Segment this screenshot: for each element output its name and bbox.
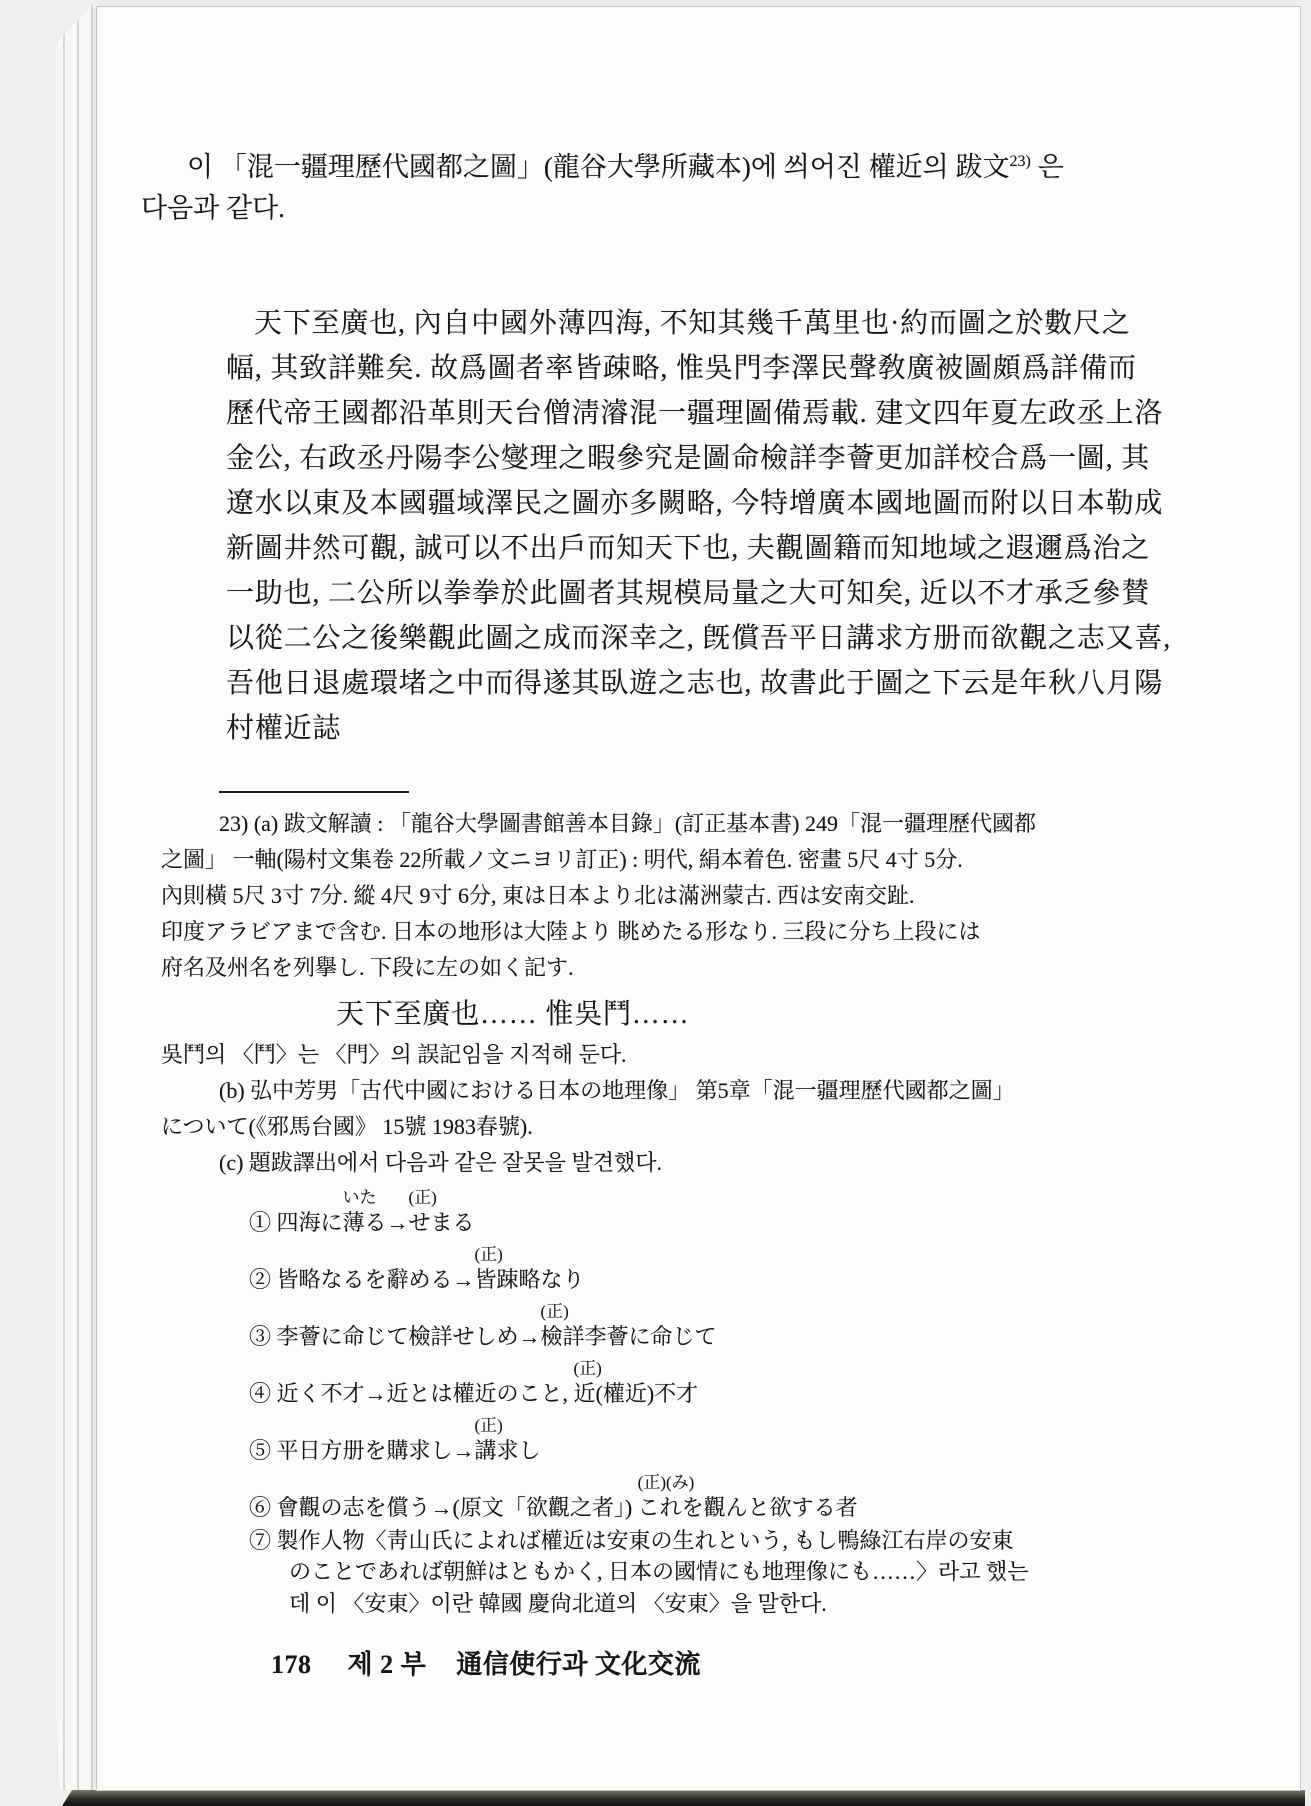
footnote-line: 府名及州名を列擧し. 下段に左の如く記す.: [161, 950, 1106, 986]
correction-item: ⑥ 會觀の志を償う→(原文「欲觀之者」) (正)(み)⑥ 會觀の志を償う→(原文…: [249, 1469, 1106, 1523]
quote-line: 吾他日退處環堵之中而得遂其臥遊之志也, 故書此于圖之下云是年秋八月陽: [226, 661, 1106, 706]
correction-annotation-row: ⑥ 會觀の志を償う→(原文「欲觀之者」) (正)(み): [249, 1469, 1106, 1493]
correction-text: ⑥ 會觀の志を償う→(原文「欲觀之者」) これを觀んと欲する者: [249, 1493, 1106, 1523]
footnote-divider: [219, 791, 409, 793]
book-bottom-edge: [62, 1790, 1305, 1806]
footnote-line: 之圖」 一軸(陽村文集卷 22所載ノ文ニヨリ訂正) : 明代, 絹本着色. 密畫…: [161, 842, 1106, 878]
correction-continuation-line: のことであれば朝鮮はともかく, 日本の國情にも地理像にも……〉라고 했는: [249, 1556, 1106, 1588]
quote-line: 天下至廣也, 內自中國外薄四海, 不知其幾千萬里也·約而圖之於數尺之: [226, 301, 1106, 346]
content-column: 이 「混一疆理歷代國都之圖」(龍谷大學所藏本)에 씌어진 權近의 跋文23) 은…: [141, 7, 1106, 1681]
intro-line-1-tail: 은: [1031, 152, 1064, 182]
footnote-line: (b) 弘中芳男「古代中國における日本の地理像」 第5章「混一疆理歷代國都之圖」: [161, 1073, 1106, 1109]
correction-item: ① 四海にいた① 四海に薄る→(正)① 四海に薄る→せまる: [249, 1184, 1106, 1238]
kanbun-quote-block: 天下至廣也, 內自中國外薄四海, 不知其幾千萬里也·約而圖之於數尺之幅, 其致詳…: [226, 301, 1106, 751]
footnote-line: 天下至廣也…… 惟吳鬥……: [246, 992, 1106, 1037]
correction-text: ⑦ 製作人物〈靑山氏によれば權近は安東の生れという, もし鴨綠江右岸の安東: [249, 1526, 1106, 1556]
correction-annotation-row: ④ 近く不才→近とは權近のこと, (正): [249, 1355, 1106, 1379]
annotation-label: (正): [475, 1245, 503, 1264]
quote-line: 遼水以東及本國疆域澤民之圖亦多闕略, 今特增廣本國地圖而附以日本勒成: [226, 481, 1106, 526]
correction-text: ④ 近く不才→近とは權近のこと, 近(權近)不才: [249, 1379, 1106, 1409]
annotation-label: (正): [574, 1359, 602, 1378]
intro-line-2: 다음과 같다.: [141, 188, 1106, 229]
quote-line: 一助也, 二公所以拳拳於此圖者其規模局量之大可知矣, 近以不才承乏參賛: [226, 571, 1106, 616]
intro-paragraph: 이 「混一疆理歷代國都之圖」(龍谷大學所藏本)에 씌어진 權近의 跋文23) 은…: [141, 141, 1106, 229]
annotation-label: (正): [409, 1188, 437, 1207]
intro-line-1: 이 「混一疆理歷代國都之圖」(龍谷大學所藏本)에 씌어진 權近의 跋文23) 은: [141, 141, 1106, 188]
correction-annotation-row: ② 皆略なるを辭める→(正): [249, 1241, 1106, 1265]
correction-annotation-row: ① 四海にいた① 四海に薄る→(正): [249, 1184, 1106, 1208]
corrections-list: ① 四海にいた① 四海に薄る→(正)① 四海に薄る→せまる② 皆略なるを辭める→…: [249, 1184, 1106, 1620]
correction-annotation: ② 皆略なるを辭める→(正): [249, 1241, 503, 1267]
annotation-label: (正): [541, 1302, 569, 1321]
correction-item: ⑤ 平日方册を購求し→(正)⑤ 平日方册を購求し→講求し: [249, 1412, 1106, 1466]
quote-line: 歷代帝王國都沿革則天台僧淸濬混一疆理圖備焉載. 建文四年夏左政丞上洛: [226, 391, 1106, 436]
quote-line: 新圖井然可觀, 誠可以不出戶而知天下也, 夫觀圖籍而知地域之遐邇爲治之: [226, 526, 1106, 571]
correction-annotation: ① 四海に薄る→(正): [249, 1184, 437, 1210]
footnote-line: 23) (a) 跋文解讀 : 「龍谷大學圖書館善本目錄」(訂正基本書) 249「…: [161, 806, 1106, 842]
correction-annotation: ⑥ 會觀の志を償う→(原文「欲觀之者」) (正)(み): [249, 1469, 694, 1495]
correction-text: ③ 李薈に命じて檢詳せしめ→檢詳李薈に命じて: [249, 1322, 1106, 1352]
footnote-line: (c) 題跋譯出에서 다음과 같은 잘못을 발견했다.: [161, 1145, 1106, 1181]
footnote-lines: 23) (a) 跋文解讀 : 「龍谷大學圖書館善本目錄」(訂正基本書) 249「…: [161, 806, 1106, 1181]
intro-line-1-text: 이 「混一疆理歷代國都之圖」(龍谷大學所藏本)에 씌어진 權近의 跋文: [187, 152, 1009, 182]
footnote-section: 23) (a) 跋文解讀 : 「龍谷大學圖書館善本目錄」(訂正基本書) 249「…: [161, 806, 1106, 1620]
quote-line: 以從二公之後樂觀此圖之成而深幸之, 旣償吾平日講求方册而欲觀之志又喜,: [226, 616, 1106, 661]
annotation-label: (正): [475, 1416, 503, 1435]
correction-text: ① 四海に薄る→せまる: [249, 1208, 1106, 1238]
correction-item: ⑦ 製作人物〈靑山氏によれば權近は安東の生れという, もし鴨綠江右岸の安東のこと…: [249, 1526, 1106, 1620]
footnote-ref: 23): [1009, 153, 1030, 170]
footer-title: 通信使行과 文化交流: [456, 1650, 701, 1679]
annotation-label: (正)(み): [638, 1473, 695, 1492]
book-page: 이 「混一疆理歷代國都之圖」(龍谷大學所藏本)에 씌어진 權近의 跋文23) 은…: [96, 6, 1301, 1791]
quote-line: 金公, 右政丞丹陽李公燮理之暇參究是圖命檢詳李薈更加詳校合爲一圖, 其: [226, 436, 1106, 481]
correction-item: ④ 近く不才→近とは權近のこと, (正)④ 近く不才→近とは權近のこと, 近(權…: [249, 1355, 1106, 1409]
correction-annotation: ⑤ 平日方册を購求し→(正): [249, 1412, 503, 1438]
footnote-line: について(《邪馬台國》 15號 1983春號).: [161, 1109, 1106, 1145]
correction-annotation-row: ⑤ 平日方册を購求し→(正): [249, 1412, 1106, 1436]
correction-text: ⑤ 平日方册を購求し→講求し: [249, 1436, 1106, 1466]
footnote-line: 吳鬥의 〈鬥〉는 〈門〉의 誤記임을 지적해 둔다.: [161, 1037, 1106, 1073]
quote-line: 幅, 其致詳難矣. 故爲圖者率皆疎略, 惟吳門李澤民聲敎廣被圖頗爲詳備而: [226, 346, 1106, 391]
footnote-line: 印度アラビアまで含む. 日本の地形は大陸より 眺めたる形なり. 三段に分ち上段に…: [161, 914, 1106, 950]
correction-item: ② 皆略なるを辭める→(正)② 皆略なるを辭める→皆踈略なり: [249, 1241, 1106, 1295]
page-footer: 178제 2 부通信使行과 文化交流: [141, 1644, 1106, 1681]
correction-item: ③ 李薈に命じて檢詳せしめ→(正)③ 李薈に命じて檢詳せしめ→檢詳李薈に命じて: [249, 1298, 1106, 1352]
correction-annotation: ④ 近く不才→近とは權近のこと, (正): [249, 1355, 602, 1381]
correction-text: ② 皆略なるを辭める→皆踈略なり: [249, 1265, 1106, 1295]
quote-line: 村權近誌: [226, 706, 1106, 751]
page-edge-stack: [56, 4, 98, 1790]
part-label: 제 2 부: [348, 1650, 427, 1679]
correction-continuation-line: 데 이 〈安東〉이란 韓國 慶尙北道의 〈安東〉을 말한다.: [249, 1588, 1106, 1620]
correction-annotation-row: ③ 李薈に命じて檢詳せしめ→(正): [249, 1298, 1106, 1322]
correction-annotation: ③ 李薈に命じて檢詳せしめ→(正): [249, 1298, 569, 1324]
footnote-line: 內則橫 5尺 3寸 7分. 縱 4尺 9寸 6分, 東は日本より北は滿洲蒙古. …: [161, 878, 1106, 914]
scan-background: { "page": { "intro": { "line1": "이 「混一疆理…: [0, 0, 1311, 1806]
page-number: 178: [271, 1650, 312, 1679]
